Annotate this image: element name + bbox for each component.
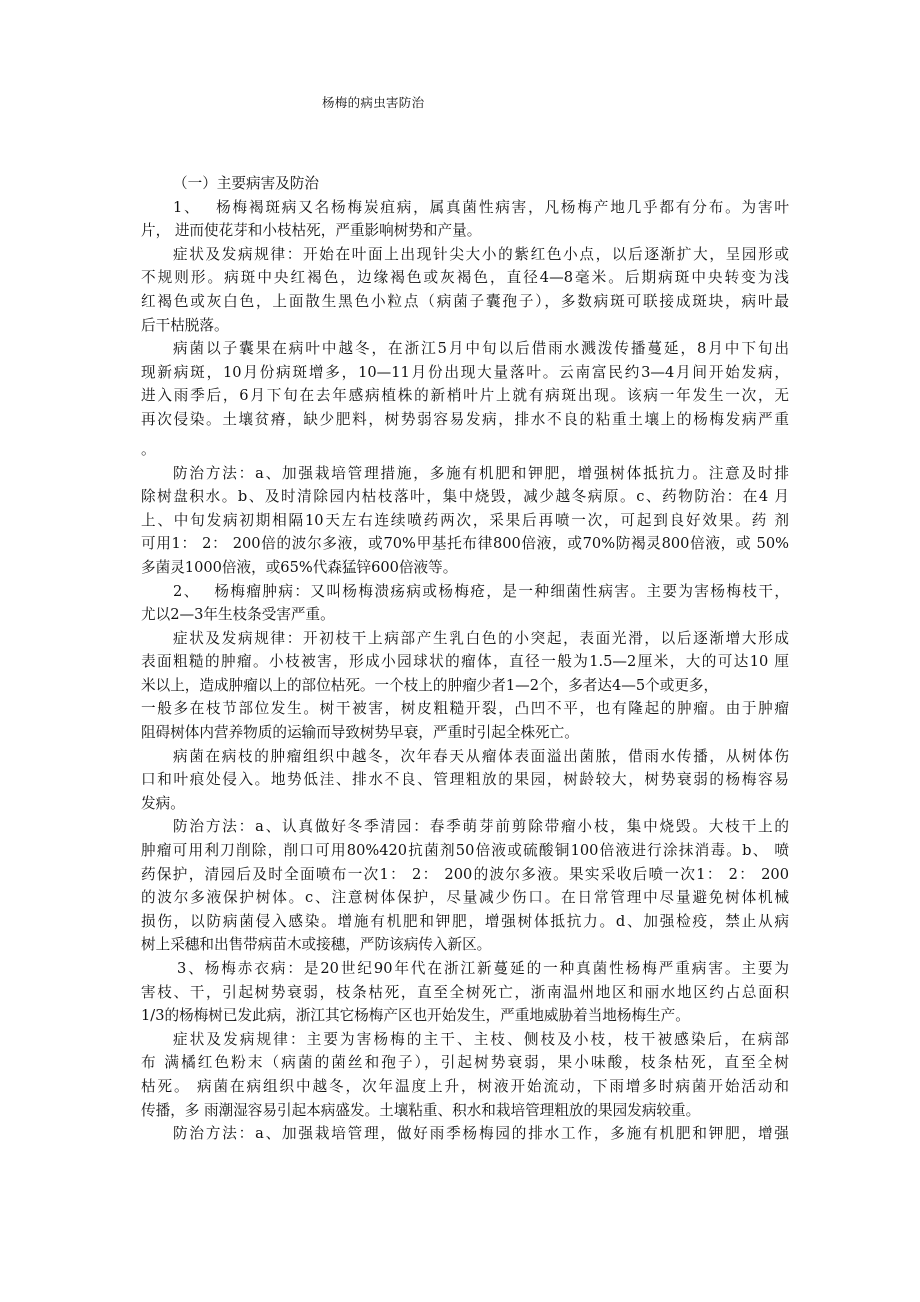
text-line: 多菌灵1000倍液，或65%代森猛锌600倍液等。 [141, 556, 789, 580]
text-line: 1/3的杨梅树已发此病，浙江其它杨梅产区也开始发生，严重地威胁着当地杨梅生产。 [141, 1004, 789, 1028]
text-line: 再次侵染。土壤贫瘠，缺少肥料，树势弱容易发病，排水不良的粘重土壤上的杨梅发病严重 [141, 408, 789, 438]
text-line: 。 [141, 438, 789, 462]
text-line: 损伤，以防病菌侵入感染。增施有机肥和钾肥，增强树体抵抗力。d、加强检疫，禁止从病 [141, 910, 789, 934]
text-line: 除树盘积水。b、及时清除园内枯枝落叶，集中烧毁，减少越冬病原。c、药物防治：在4… [141, 485, 789, 509]
document-body: （一）主要病害及防治 1、 杨梅褐斑病又名杨梅炭疽病，属真菌性病害，凡杨梅产地几… [141, 172, 789, 1146]
text-line: 口和叶痕处侵入。地势低洼、排水不良、管理粗放的果园，树龄较大，树势衰弱的杨梅容易 [141, 768, 789, 792]
text-line: 后干枯脱落。 [141, 314, 789, 338]
text-line: 症状及发病规律：开初枝干上病部产生乳白色的小突起，表面光滑，以后逐渐增大形成 [141, 627, 789, 651]
text-line: 红褐色或灰白色，上面散生黑色小粒点（病菌子囊孢子），多数病斑可联接成斑块，病叶最 [141, 290, 789, 314]
text-line: 传播，多 雨潮湿容易引起本病盛发。土壤粘重、积水和栽培管理粗放的果园发病较重。 [141, 1099, 789, 1123]
text-line: 防治方法：a、加强栽培管理，做好雨季杨梅园的排水工作，多施有机肥和钾肥，增强 [141, 1122, 789, 1146]
text-line: 米以上，造成肿瘤以上的部位枯死。一个枝上的肿瘤少者1—2个，多者达4—5个或更多… [141, 674, 789, 698]
text-line: 防治方法：a、加强栽培管理措施，多施有机肥和钾肥，增强树体抵抗力。注意及时排 [141, 462, 789, 486]
text-line: 防治方法：a、认真做好冬季清园：春季萌芽前剪除带瘤小枝，集中烧毁。大枝干上的 [141, 815, 789, 839]
text-line: 的波尔多液保护树体。c、注意树体保护，尽量减少伤口。在日常管理中尽量避免树体机械 [141, 886, 789, 910]
text-line: 可用1： 2： 200倍的波尔多液，或70%甲基托布律800倍液，或70%防褐灵… [141, 532, 789, 556]
text-line: 现新病斑，10月份病斑增多，10—11月份出现大量落叶。云南富民约3—4月间开始… [141, 361, 789, 385]
text-line: 害枝、干，引起树势衰弱，枝条枯死，直至全树死亡，浙南温州地区和丽水地区约占总面积 [141, 981, 789, 1005]
text-line: 阻碍树体内营养物质的运输而导致树势早衰，严重时引起全株死亡。 [141, 721, 789, 745]
text-line: 2、 杨梅瘤肿病：又叫杨梅溃疡病或杨梅疮，是一种细菌性病害。主要为害杨梅枝干， [141, 580, 789, 604]
text-line: 一般多在枝节部位发生。树干被害，树皮粗糙开裂，凸凹不平，也有隆起的肿瘤。由于肿瘤 [141, 697, 789, 721]
text-line: 症状及发病规律：主要为害杨梅的主干、主枝、侧枝及小枝，枝干被感染后，在病部 [141, 1028, 789, 1052]
text-line: 发病。 [141, 792, 789, 816]
text-line: 尤以2—3年生枝条受害严重。 [141, 603, 789, 627]
text-line: 症状及发病规律：开始在叶面上出现针尖大小的紫红色小点，以后逐渐扩大，呈园形或 [141, 243, 789, 267]
document-page: 杨梅的病虫害防治 （一）主要病害及防治 1、 杨梅褐斑病又名杨梅炭疽病，属真菌性… [0, 0, 920, 1302]
section-heading: （一）主要病害及防治 [141, 172, 789, 196]
text-line: 表面粗糙的肿瘤。小枝被害，形成小园球状的瘤体，直径一般为1.5—2厘米，大的可达… [141, 650, 789, 674]
text-line: 枯死。 病菌在病组织中越冬，次年温度上升，树液开始流动，下雨增多时病菌开始活动和 [141, 1075, 789, 1099]
text-line: 不规则形。病斑中央红褐色，边缘褐色或灰褐色，直径4—8毫米。后期病斑中央转变为浅 [141, 266, 789, 290]
text-line: 上、中旬发病初期相隔10天左右连续喷药两次，采果后再喷一次，可起到良好效果。药 … [141, 509, 789, 533]
text-line: 病菌在病枝的肿瘤组织中越冬，次年春天从瘤体表面溢出菌脓，借雨水传播，从树体伤 [141, 745, 789, 769]
text-line: 药保护，清园后及时全面喷布一次1： 2： 200的波尔多液。果实采收后喷一次1：… [141, 863, 789, 887]
text-line: 1、 杨梅褐斑病又名杨梅炭疽病，属真菌性病害，凡杨梅产地几乎都有分布。为害叶 [141, 196, 789, 220]
text-line: 3、杨梅赤衣病：是20世纪90年代在浙江新蔓延的一种真菌性杨梅严重病害。主要为 [141, 957, 789, 981]
text-line: 病菌以子囊果在病叶中越冬，在浙江5月中旬以后借雨水溅泼传播蔓延，8月中下旬出 [141, 337, 789, 361]
text-line: 进入雨季后，6月下旬在去年感病植株的新梢叶片上就有病斑出现。该病一年发生一次，无 [141, 384, 789, 408]
text-line: 肿瘤可用利刀削除，削口可用80%420抗菌剂50倍液或硫酸铜100倍液进行涂抹消… [141, 839, 789, 863]
text-line: 树上采穗和出售带病苗木或接穗，严防该病传入新区。 [141, 933, 789, 957]
text-line: 片， 进而使花芽和小枝枯死，严重影响树势和产量。 [141, 219, 789, 243]
text-line: 布 满橘红色粉末（病菌的菌丝和孢子），引起树势衰弱，果小味酸，枝条枯死，直至全树 [141, 1051, 789, 1075]
document-title: 杨梅的病虫害防治 [322, 94, 424, 112]
